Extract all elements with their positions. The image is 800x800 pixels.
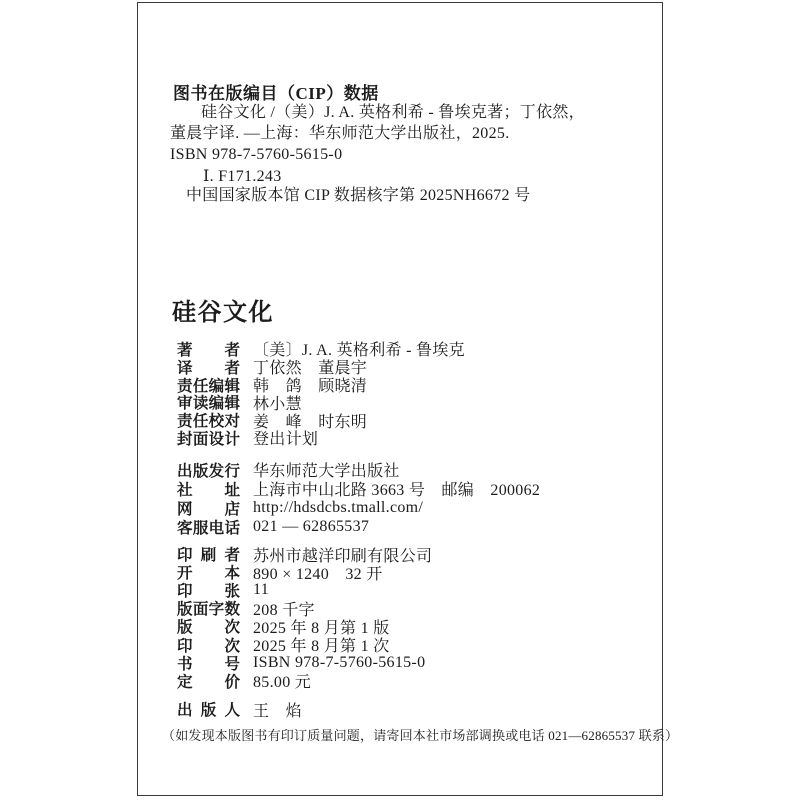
format-value: 890 × 1240 32 开 bbox=[253, 561, 383, 584]
book-copyright-page: 图书在版编目（CIP）数据 硅谷文化 /（美）J. A. 英格利希 - 鲁埃克著… bbox=[0, 0, 800, 800]
cip-header: 图书在版编目（CIP）数据 bbox=[173, 84, 379, 104]
impression-value: 2025 年 8 月第 1 次 bbox=[253, 633, 390, 656]
publishing-row-online-store: 网店 http://hdsdcbs.tmall.com/ bbox=[177, 498, 540, 517]
price-label: 定价 bbox=[177, 670, 240, 692]
publishing-row-address: 社址 上海市中山北路 3663 号 邮编 200062 bbox=[177, 479, 540, 498]
cip-isbn-line: ISBN 978-7-5760-5615-0 bbox=[170, 145, 342, 165]
cip-classification-line: Ⅰ. F171.243 bbox=[203, 167, 282, 187]
address-value: 上海市中山北路 3663 号 邮编 200062 bbox=[253, 477, 540, 500]
page-border-frame: 图书在版编目（CIP）数据 硅谷文化 /（美）J. A. 英格利希 - 鲁埃克著… bbox=[137, 2, 663, 796]
publishing-row-service-phone: 客服电话 021 — 62865537 bbox=[177, 517, 540, 536]
cover-design-label: 封面设计 bbox=[177, 427, 240, 449]
price-value: 85.00 元 bbox=[253, 669, 311, 692]
publisher-person-row: 出版人 王 焰 bbox=[177, 700, 302, 718]
publisher-person-label: 出版人 bbox=[177, 698, 240, 720]
cover-design-value: 登出计划 bbox=[253, 426, 318, 449]
cip-record-number-line: 中国国家版本馆 CIP 数据核字第 2025NH6672 号 bbox=[186, 186, 530, 206]
cip-publisher-line: 董晨宇译. —上海：华东师范大学出版社，2025. bbox=[170, 124, 510, 144]
credits-row-cover-design: 封面设计 登出计划 bbox=[177, 429, 465, 447]
book-title: 硅谷文化 bbox=[172, 301, 274, 325]
cip-title-line: 硅谷文化 /（美）J. A. 英格利希 - 鲁埃克著；丁依然， bbox=[201, 103, 585, 123]
quality-notice: （如发现本版图书有印订质量问题，请寄回本社市场部调换或电话 021—628655… bbox=[162, 728, 678, 744]
service-phone-label: 客服电话 bbox=[177, 516, 240, 538]
service-phone-value: 021 — 62865537 bbox=[253, 518, 369, 536]
publisher-person-value: 王 焰 bbox=[253, 698, 302, 721]
online-store-url: http://hdsdcbs.tmall.com/ bbox=[253, 499, 423, 517]
publishing-block: 出版发行 华东师范大学出版社 社址 上海市中山北路 3663 号 邮编 2000… bbox=[177, 460, 540, 536]
printing-row-price: 定价 85.00 元 bbox=[177, 672, 432, 690]
printing-block: 印刷者 苏州市越洋印刷有限公司 开本 890 × 1240 32 开 印张 11… bbox=[177, 545, 432, 690]
publisher-person-block: 出版人 王 焰 bbox=[177, 700, 302, 718]
credits-block: 著者 〔美〕J. A. 英格利希 - 鲁埃克 译者 丁依然 董晨宇 责任编辑 韩… bbox=[177, 340, 465, 447]
